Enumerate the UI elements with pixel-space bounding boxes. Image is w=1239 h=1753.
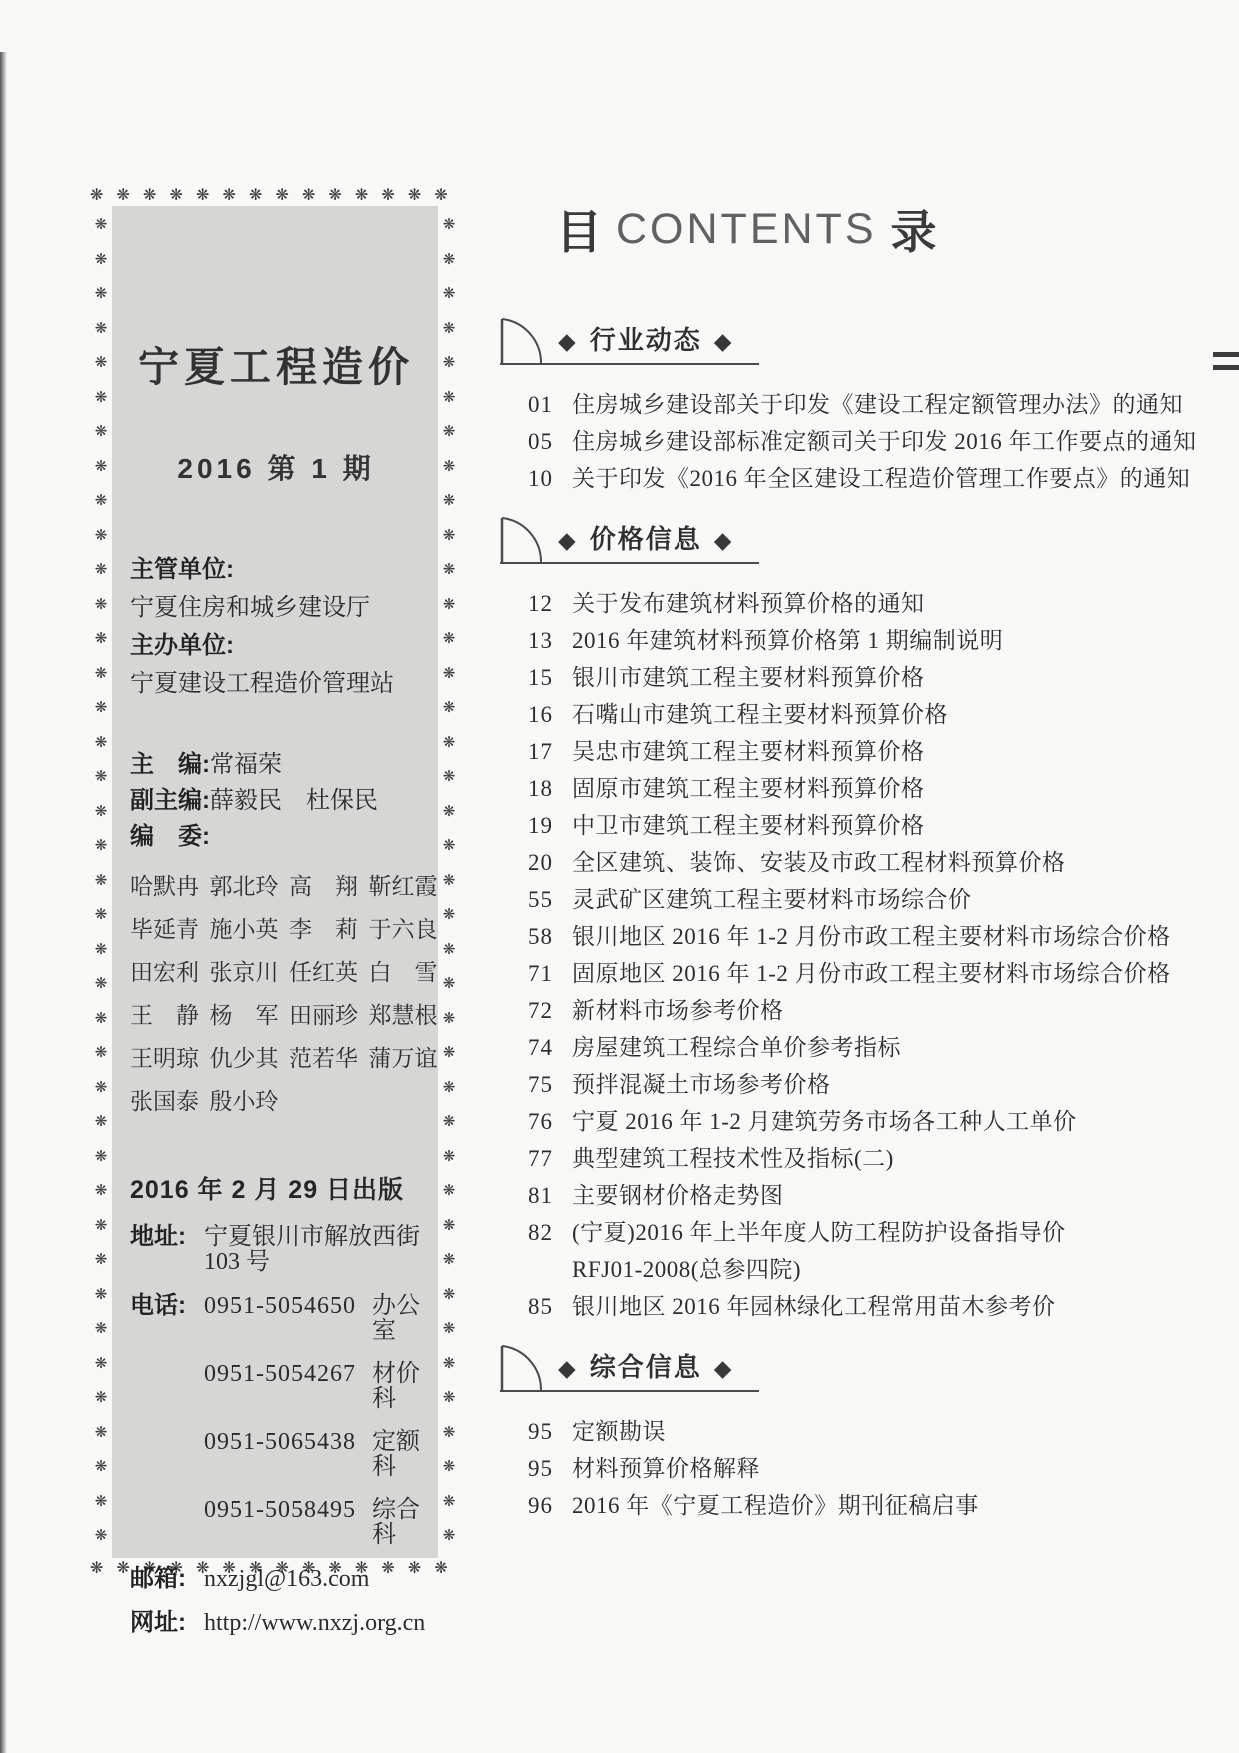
section-industry-news: ◆行业动态◆ 01住房城乡建设部关于印发《建设工程定额管理办法》的通知 05住房… xyxy=(500,317,1220,490)
board-member xyxy=(369,1090,449,1114)
toc-entry: 55灵武矿区建筑工程主要材料市场综合价 xyxy=(528,888,1220,911)
board-member: 王明琼 xyxy=(130,1047,210,1071)
toc-entry: 75预拌混凝土市场参考价格 xyxy=(528,1073,1220,1096)
phone-number: 0951-5054267 xyxy=(204,1362,372,1387)
section-title: ◆综合信息◆ xyxy=(558,1347,733,1390)
entry-title: 主要钢材价格走势图 xyxy=(572,1184,784,1207)
entry-page: 81 xyxy=(528,1184,572,1207)
toc-entry: 20全区建筑、装饰、安装及市政工程材料预算价格 xyxy=(528,851,1220,874)
website-label: 网址: xyxy=(130,1610,204,1635)
editors-block: 主 编:常福荣 副主编:薛毅民 杜保民 编 委: xyxy=(130,747,438,855)
supervisor-label: 主管单位: xyxy=(130,551,438,589)
chief-editor-label: 主 编: xyxy=(130,751,210,778)
entry-page: 16 xyxy=(528,703,572,726)
entry-title: 关于印发《2016 年全区建设工程造价管理工作要点》的通知 xyxy=(572,467,1190,490)
toc-entry: 16石嘴山市建筑工程主要材料预算价格 xyxy=(528,703,1220,726)
email-row: 邮箱: nxzjgl@163.com xyxy=(130,1566,438,1592)
entry-page: 76 xyxy=(528,1110,572,1133)
entry-page: 85 xyxy=(528,1295,572,1318)
journal-title: 宁夏工程造价 xyxy=(114,206,438,393)
chief-editor-row: 主 编:常福荣 xyxy=(130,747,438,783)
section-header: ◆行业动态◆ xyxy=(500,317,759,365)
cover-info-content: 宁夏工程造价 2016 第 1 期 主管单位: 宁夏住房和城乡建设厅 主办单位:… xyxy=(112,206,438,1558)
publish-date: 2016 年 2 月 29 日出版 xyxy=(130,1170,438,1206)
toc-title-cjk-right: 录 xyxy=(891,196,937,262)
address-value: 宁夏银川市解放西街 103 号 xyxy=(204,1225,438,1275)
entry-title: 房屋建筑工程综合单价参考指标 xyxy=(572,1036,901,1059)
entry-title: 住房城乡建设部标准定额司关于印发 2016 年工作要点的通知 xyxy=(572,430,1197,453)
toc-entry: 962016 年《宁夏工程造价》期刊征稿启事 xyxy=(528,1494,1220,1517)
entry-title: 银川市建筑工程主要材料预算价格 xyxy=(572,666,925,689)
entry-title: 定额勘误 xyxy=(572,1420,666,1443)
board-member: 仇少其 xyxy=(210,1047,290,1071)
entry-page: 75 xyxy=(528,1073,572,1096)
toc-title: 目 CONTENTS 录 xyxy=(556,203,1220,255)
entry-title: 固原市建筑工程主要材料预算价格 xyxy=(572,777,925,800)
issue-number: 2016 第 1 期 xyxy=(114,447,438,487)
diamond-icon: ◆ xyxy=(558,328,578,354)
diamond-icon: ◆ xyxy=(714,1355,734,1381)
entry-page: 15 xyxy=(528,666,572,689)
toc-entry: 82(宁夏)2016 年上半年度人防工程防护设备指导价 xyxy=(528,1221,1220,1244)
entry-title: 2016 年建筑材料预算价格第 1 期编制说明 xyxy=(572,629,1003,652)
entry-page: 71 xyxy=(528,962,572,985)
toc-entry: 15银川市建筑工程主要材料预算价格 xyxy=(528,666,1220,689)
supervisor-value: 宁夏住房和城乡建设厅 xyxy=(130,589,438,627)
phone-dept: 材价科 xyxy=(372,1362,438,1412)
section-entries: 01住房城乡建设部关于印发《建设工程定额管理办法》的通知 05住房城乡建设部标准… xyxy=(500,393,1220,490)
board-member: 施小英 xyxy=(210,918,290,942)
organizer-label: 主办单位: xyxy=(130,627,438,665)
board-member: 白 雪 xyxy=(369,961,449,985)
scan-edge-shadow xyxy=(0,52,7,1753)
board-member: 张国泰 xyxy=(130,1090,210,1114)
entry-title: 银川地区 2016 年 1-2 月份市政工程主要材料市场综合价格 xyxy=(572,925,1171,948)
entry-title: 吴忠市建筑工程主要材料预算价格 xyxy=(572,740,925,763)
board-member: 靳红霞 xyxy=(369,875,449,899)
phone-row: 电话: 0951-5054650 办公室 xyxy=(130,1293,438,1344)
address-label: 地址: xyxy=(130,1224,204,1249)
section-entries: 95定额勘误 95材料预算价格解释 962016 年《宁夏工程造价》期刊征稿启事 xyxy=(500,1420,1220,1517)
board-member: 王 静 xyxy=(130,1004,210,1028)
phone-number: 0951-5054650 xyxy=(204,1294,372,1319)
quarter-circle-icon xyxy=(500,1344,542,1390)
board-member: 杨 军 xyxy=(210,1004,290,1028)
board-member: 哈默冉 xyxy=(130,875,210,899)
section-title: ◆行业动态◆ xyxy=(558,320,733,363)
toc-entry: 95定额勘误 xyxy=(528,1420,1220,1443)
toc-entry: 12关于发布建筑材料预算价格的通知 xyxy=(528,592,1220,615)
toc-title-cjk-left: 目 xyxy=(556,196,602,262)
email-value: nxzjgl@163.com xyxy=(204,1567,369,1592)
toc-entry: 76宁夏 2016 年 1-2 月建筑劳务市场各工种人工单价 xyxy=(528,1110,1220,1133)
table-of-contents: 目 CONTENTS 录 ◆行业动态◆ 01住房城乡建设部关于印发《建设工程定额… xyxy=(500,203,1220,1531)
deputy-editor-names: 薛毅民 杜保民 xyxy=(210,788,378,814)
diamond-icon: ◆ xyxy=(558,527,578,553)
entry-title: (宁夏)2016 年上半年度人防工程防护设备指导价 xyxy=(572,1221,1066,1244)
toc-entry: 17吴忠市建筑工程主要材料预算价格 xyxy=(528,740,1220,763)
entry-title: 材料预算价格解释 xyxy=(572,1457,760,1480)
entry-page: 58 xyxy=(528,925,572,948)
phone-number: 0951-5065438 xyxy=(204,1430,372,1455)
organizer-block: 主管单位: 宁夏住房和城乡建设厅 主办单位: 宁夏建设工程造价管理站 xyxy=(130,551,438,703)
toc-entry: 72新材料市场参考价格 xyxy=(528,999,1220,1022)
section-entries: 12关于发布建筑材料预算价格的通知 132016 年建筑材料预算价格第 1 期编… xyxy=(500,592,1220,1318)
decorative-border-top: ❋ ❋ ❋ ❋ ❋ ❋ ❋ ❋ ❋ ❋ ❋ ❋ ❋ ❋ ❋ ❋ ❋ ❋ xyxy=(90,185,460,207)
scanned-journal-toc-page: ❋ ❋ ❋ ❋ ❋ ❋ ❋ ❋ ❋ ❋ ❋ ❋ ❋ ❋ ❋ ❋ ❋ ❋ ❋ ❋ … xyxy=(0,0,1239,1753)
phone-dept: 定额科 xyxy=(372,1430,438,1480)
board-label-row: 编 委: xyxy=(130,819,438,855)
toc-title-english: CONTENTS xyxy=(616,205,877,254)
entry-title: 灵武矿区建筑工程主要材料市场综合价 xyxy=(572,888,972,911)
entry-title: 典型建筑工程技术性及指标(二) xyxy=(572,1147,894,1170)
phone-dept: 综合科 xyxy=(372,1498,438,1548)
entry-page: 10 xyxy=(528,467,572,490)
toc-entry: 81主要钢材价格走势图 xyxy=(528,1184,1220,1207)
deputy-editor-row: 副主编:薛毅民 杜保民 xyxy=(130,783,438,819)
entry-title: 全区建筑、装饰、安装及市政工程材料预算价格 xyxy=(572,851,1066,874)
board-member: 张京川 xyxy=(210,961,290,985)
board-member: 郭北玲 xyxy=(210,875,290,899)
deputy-editor-label: 副主编: xyxy=(130,787,210,814)
entry-page: 20 xyxy=(528,851,572,874)
board-member xyxy=(289,1090,369,1114)
entry-page: 82 xyxy=(528,1221,572,1244)
entry-page: 72 xyxy=(528,999,572,1022)
toc-entry: 77典型建筑工程技术性及指标(二) xyxy=(528,1147,1220,1170)
toc-entry: 58银川地区 2016 年 1-2 月份市政工程主要材料市场综合价格 xyxy=(528,925,1220,948)
entry-title: 2016 年《宁夏工程造价》期刊征稿启事 xyxy=(572,1494,979,1517)
entry-page: 01 xyxy=(528,393,572,416)
entry-page: 96 xyxy=(528,1494,572,1517)
cover-info-panel: ❋ ❋ ❋ ❋ ❋ ❋ ❋ ❋ ❋ ❋ ❋ ❋ ❋ ❋ ❋ ❋ ❋ ❋ ❋ ❋ … xyxy=(90,185,460,1580)
toc-entry-continuation: RFJ01-2008(总参四院) xyxy=(572,1258,1220,1281)
website-value: http://www.nxzj.org.cn xyxy=(204,1611,425,1636)
entry-page: 17 xyxy=(528,740,572,763)
entry-title: 住房城乡建设部关于印发《建设工程定额管理办法》的通知 xyxy=(572,393,1183,416)
entry-title-continuation: RFJ01-2008(总参四院) xyxy=(572,1258,801,1281)
toc-entry: 95材料预算价格解释 xyxy=(528,1457,1220,1480)
entry-title: 中卫市建筑工程主要材料预算价格 xyxy=(572,814,925,837)
entry-page: 18 xyxy=(528,777,572,800)
editorial-board-names: 哈默冉郭北玲高 翔靳红霞 毕延青施小英李 莉于六良 田宏利张京川任红英白 雪 王… xyxy=(130,875,448,1114)
entry-page: 95 xyxy=(528,1457,572,1480)
section-general-info: ◆综合信息◆ 95定额勘误 95材料预算价格解释 962016 年《宁夏工程造价… xyxy=(500,1344,1220,1517)
entry-page: 13 xyxy=(528,629,572,652)
toc-entry: 05住房城乡建设部标准定额司关于印发 2016 年工作要点的通知 xyxy=(528,430,1220,453)
toc-entry: 19中卫市建筑工程主要材料预算价格 xyxy=(528,814,1220,837)
entry-page: 95 xyxy=(528,1420,572,1443)
organizer-value: 宁夏建设工程造价管理站 xyxy=(130,665,438,703)
board-member: 毕延青 xyxy=(130,918,210,942)
toc-entry: 85银川地区 2016 年园林绿化工程常用苗木参考价 xyxy=(528,1295,1220,1318)
website-row: 网址: http://www.nxzj.org.cn xyxy=(130,1610,438,1636)
phone-row: 0951-5054267 材价科 xyxy=(130,1362,438,1412)
toc-entry: 74房屋建筑工程综合单价参考指标 xyxy=(528,1036,1220,1059)
toc-entry: 132016 年建筑材料预算价格第 1 期编制说明 xyxy=(528,629,1220,652)
entry-page: 12 xyxy=(528,592,572,615)
editorial-board-label: 编 委: xyxy=(130,823,210,850)
board-member: 李 莉 xyxy=(289,918,369,942)
board-member: 于六良 xyxy=(369,918,449,942)
entry-title: 宁夏 2016 年 1-2 月建筑劳务市场各工种人工单价 xyxy=(572,1110,1077,1133)
decorative-border-left: ❋ ❋ ❋ ❋ ❋ ❋ ❋ ❋ ❋ ❋ ❋ ❋ ❋ ❋ ❋ ❋ ❋ ❋ ❋ ❋ … xyxy=(91,207,111,1558)
address-row: 地址: 宁夏银川市解放西街 103 号 xyxy=(130,1224,438,1275)
toc-entry: 18固原市建筑工程主要材料预算价格 xyxy=(528,777,1220,800)
entry-title: 石嘴山市建筑工程主要材料预算价格 xyxy=(572,703,948,726)
entry-title: 固原地区 2016 年 1-2 月份市政工程主要材料市场综合价格 xyxy=(572,962,1171,985)
entry-page: 55 xyxy=(528,888,572,911)
board-member: 任红英 xyxy=(289,961,369,985)
email-label: 邮箱: xyxy=(130,1566,204,1591)
board-member: 范若华 xyxy=(289,1047,369,1071)
board-member: 田丽珍 xyxy=(289,1004,369,1028)
entry-title: 新材料市场参考价格 xyxy=(572,999,784,1022)
board-member: 高 翔 xyxy=(289,875,369,899)
phone-label: 电话: xyxy=(130,1293,204,1318)
entry-page: 19 xyxy=(528,814,572,837)
toc-entry: 01住房城乡建设部关于印发《建设工程定额管理办法》的通知 xyxy=(528,393,1220,416)
diamond-icon: ◆ xyxy=(714,328,734,354)
quarter-circle-icon xyxy=(500,516,542,562)
phone-number: 0951-5058495 xyxy=(204,1498,372,1523)
entry-title: 关于发布建筑材料预算价格的通知 xyxy=(572,592,925,615)
toc-entry: 10关于印发《2016 年全区建设工程造价管理工作要点》的通知 xyxy=(528,467,1220,490)
chief-editor-name: 常福荣 xyxy=(210,752,282,778)
quarter-circle-icon xyxy=(500,317,542,363)
entry-page: 74 xyxy=(528,1036,572,1059)
diamond-icon: ◆ xyxy=(714,527,734,553)
phone-row: 0951-5058495 综合科 xyxy=(130,1498,438,1548)
entry-page: 05 xyxy=(528,430,572,453)
section-price-info: ◆价格信息◆ 12关于发布建筑材料预算价格的通知 132016 年建筑材料预算价… xyxy=(500,516,1220,1318)
phone-dept: 办公室 xyxy=(372,1294,438,1344)
board-member: 田宏利 xyxy=(130,961,210,985)
board-member: 郑慧根 xyxy=(369,1004,449,1028)
board-member: 殷小玲 xyxy=(210,1090,290,1114)
entry-title: 银川地区 2016 年园林绿化工程常用苗木参考价 xyxy=(572,1295,1056,1318)
entry-title: 预拌混凝土市场参考价格 xyxy=(572,1073,831,1096)
entry-page: 77 xyxy=(528,1147,572,1170)
board-member: 蒲万谊 xyxy=(369,1047,449,1071)
toc-entry: 71固原地区 2016 年 1-2 月份市政工程主要材料市场综合价格 xyxy=(528,962,1220,985)
section-header: ◆综合信息◆ xyxy=(500,1344,759,1392)
section-title: ◆价格信息◆ xyxy=(558,519,733,562)
diamond-icon: ◆ xyxy=(558,1355,578,1381)
phone-row: 0951-5065438 定额科 xyxy=(130,1430,438,1480)
section-header: ◆价格信息◆ xyxy=(500,516,759,564)
